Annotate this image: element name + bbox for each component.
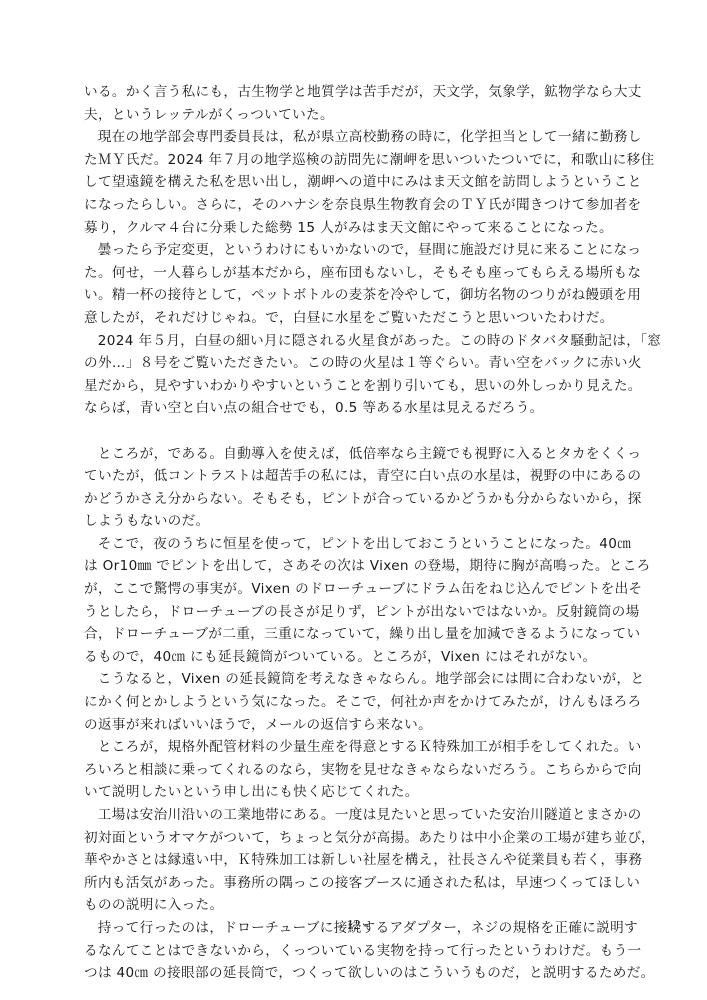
text-line: ものの説明に入った。 — [84, 894, 624, 917]
text-line: た。何せ，一人暮らしが基本だから，座布団もないし，そもそも座ってもらえる場所もな — [84, 262, 624, 285]
text-line: るもので，40㎝ にも延長鏡筒がついている。ところが，Vixen にはそれがない… — [84, 646, 624, 669]
text-line: 曇ったら予定変更，というわけにもいかないので，昼間に施設だけ見に来ることになっ — [84, 239, 624, 262]
text-line: しようもないのだ。 — [84, 510, 624, 533]
blank-line — [84, 420, 624, 443]
text-line: 華やかさとは縁遠い中，Ｋ特殊加工は新しい社屋を構え，社長さんや従業員も若く，事務 — [84, 849, 624, 872]
text-line: たＭＹ氏だ。2024 年７月の地学巡検の訪問先に潮岬を思いついたついでに，和歌山… — [84, 149, 624, 172]
text-line: 星だから，見やすいわかりやすいということを割り引いても，思いの外しっかり見えた。 — [84, 375, 624, 398]
text-line: 意したが，それだけじゃね。で，白昼に水星をご覧いただこうと思いついたわけだ。 — [84, 307, 624, 330]
text-line: いる。かく言う私にも，古生物学と地質学は苦手だが，天文学，気象学，鉱物学なら大丈 — [84, 81, 624, 104]
text-line: 合，ドローチューブが二重，三重になっていて，繰り出し量を加減できるようになってい — [84, 623, 624, 646]
text-line: ろいろと相談に乗ってくれるのなら，実物を見せなきゃならないだろう。こちらからで向 — [84, 759, 624, 782]
text-line: になったらしい。さらに，そのハナシを奈良県生物教育会のＴＹ氏が聞きつけて参加者を — [84, 194, 624, 217]
text-line: の返事が来ればいいほうで，メールの返信すら来ない。 — [84, 714, 624, 737]
text-line: 工場は安治川沿いの工業地帯にある。一度は見たいと思っていた安治川隧道とまさかの — [84, 804, 624, 827]
text-line: ところが，である。自動導入を使えば，低倍率なら主鏡でも視野に入るとタカをくくっ — [84, 443, 624, 466]
text-line: ていたが，低コントラストは超苦手の私には，青空に白い点の水星は，視野の中にあるの — [84, 465, 624, 488]
text-line: るなんてことはできないから，くっついている実物を持って行ったというわけだ。もう一 — [84, 940, 624, 963]
text-line: にかく何とかしようという気になった。そこで，何社か声をかけてみたが，けんもほろろ — [84, 691, 624, 714]
text-line: ところが，規格外配管材料の少量生産を得意とするＫ特殊加工が相手をしてくれた。い — [84, 736, 624, 759]
text-line: うとしたら，ドローチューブの長さが足りず，ピントが出ないではないか。反射鏡筒の場 — [84, 601, 624, 624]
text-line: 募り，クルマ４台に分乗した総勢 15 人がみはま天文館にやって来ることになった。 — [84, 217, 624, 240]
text-line: 夫，というレッテルがくっついていた。 — [84, 104, 624, 127]
text-line: して望遠鏡を構えた私を思い出し，潮岬への道中にみはま天文館を訪問しようということ — [84, 171, 624, 194]
text-line: 2024 年５月，白昼の細い月に隠される火星食があった。この時のドタバタ騒動記は… — [84, 330, 624, 353]
text-line: 現在の地学部会専門委員長は，私が県立高校勤務の時に，化学担当として一緒に勤務し — [84, 126, 624, 149]
text-line: は Or10㎜ でピントを出して，さあその次は Vixen の登場，期待に胸が高… — [84, 555, 624, 578]
text-line: そこで，夜のうちに恒星を使って，ピントを出しておこうということになった。40㎝ — [84, 533, 624, 556]
text-line: いて説明したいという申し出にも快く応じてくれた。 — [84, 781, 624, 804]
text-line: 所内も活気があった。事務所の隅っこの接客ブースに通された私は，早速つくってほしい — [84, 872, 624, 895]
text-line: つは 40㎝ の接眼部の延長筒で，つくって欲しいのはこういうものだ，と説明するた… — [84, 962, 624, 985]
text-line: 初対面というオマケがついて，ちょっと気分が高揚。あたりは中小企業の工場が建ち並び… — [84, 827, 624, 850]
text-line: の外…」８号をご覧いただきたい。この時の火星は１等ぐらい。青い空をバックに赤い火 — [84, 352, 624, 375]
page-number: - 12 - — [0, 918, 707, 934]
text-line: こうなると，Vixen の延長鏡筒を考えなきゃならん。地学部会には間に合わないが… — [84, 668, 624, 691]
text-line: ならば，青い空と白い点の組合せでも，0.5 等ある水星は見えるだろう。 — [84, 397, 624, 420]
text-line: かどうかさえ分からない。そもそも，ピントが合っているかどうかも分からないから，探 — [84, 488, 624, 511]
text-line: が，ここで驚愕の事実が。Vixen のドローチューブにドラム缶をねじ込んでピント… — [84, 578, 624, 601]
document-body: いる。かく言う私にも，古生物学と地質学は苦手だが，天文学，気象学，鉱物学なら大丈… — [84, 81, 624, 985]
text-line: い。精一杯の接待として，ペットボトルの麦茶を冷やして，御坊名物のつりがね饅頭を用 — [84, 284, 624, 307]
